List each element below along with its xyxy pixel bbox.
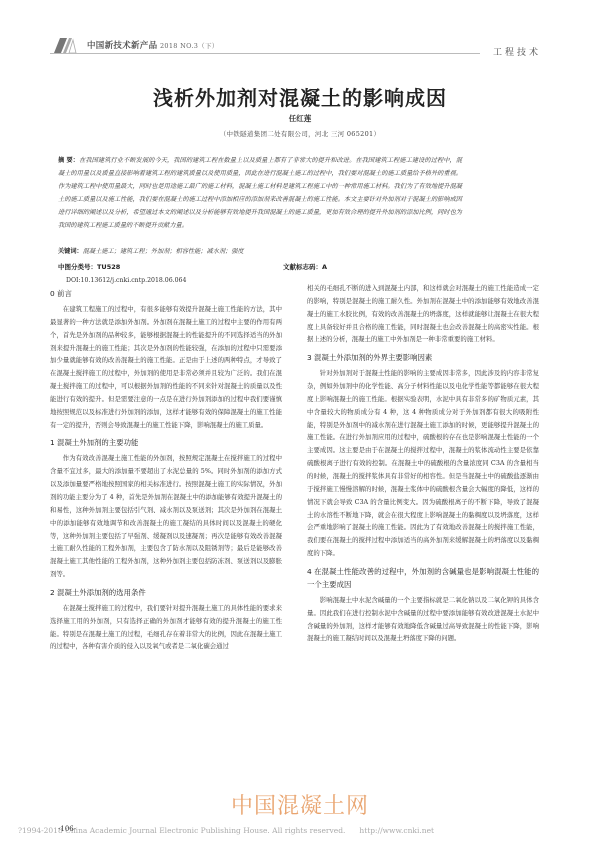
- paragraph: 影响混凝土中水泥含碱量的一个主要指标就是二氧化钠以及二氧化钾的具体含量。因此我们…: [307, 594, 539, 645]
- section-heading-2: 2 混凝土外添加剂的选用条件: [50, 586, 282, 599]
- author-name: 任红莲: [0, 113, 600, 124]
- abstract-label: 摘 要：: [58, 157, 79, 164]
- keywords: 关键词：混凝土施工；建筑工程；外加剂；相容性能；减水剂；强度: [58, 246, 478, 255]
- copyright-notice: ?1994-2018 China Academic Journal Electr…: [18, 826, 434, 835]
- section-heading-4: 4 在混凝土性能改善的过程中，外加剂的含碱量也是影响混凝土性能的一个主要成因: [307, 565, 539, 591]
- section-heading-0: 0 前言: [50, 287, 282, 300]
- document-code: 文献标志码：A: [283, 262, 327, 271]
- section-label: 工程技术: [493, 45, 541, 58]
- journal-logo-icon: [50, 38, 78, 53]
- article-title: 浅析外加剂对混凝土的影响成因: [0, 82, 600, 111]
- keywords-label: 关键词：: [58, 248, 83, 255]
- abstract: 摘 要：在我国建筑行业不断发展的今天，我国的建筑工程在数量上以及质量上都有了非常…: [58, 155, 462, 232]
- paragraph-continued: 相关的毛细孔不断的进入到混凝土内部，和这样就会对混凝土的施工性能造成一定的影响，…: [307, 282, 539, 346]
- page-number: -106-: [58, 825, 76, 833]
- keywords-text: 混凝土施工；建筑工程；外加剂；相容性能；减水剂；强度: [83, 248, 244, 255]
- cnki-link[interactable]: http://www.cnki.net: [359, 826, 434, 835]
- paragraph: 在建筑工程施工的过程中，有很多能够有效提升混凝土施工性能的方法，其中最显著的一种…: [50, 303, 282, 431]
- abstract-text: 在我国建筑行业不断发展的今天，我国的建筑工程在数量上以及质量上都有了非常大的提升…: [58, 157, 462, 229]
- journal-name: 中国新技术新产品: [87, 39, 157, 51]
- running-header: 中国新技术新产品 2018 NO.3（下）: [50, 38, 480, 54]
- author-affiliation: （中铁隧道集团二处有限公司，河北 三河 065201）: [0, 129, 600, 138]
- section-heading-1: 1 混凝土外加剂的主要功能: [50, 436, 282, 449]
- issue-number: 2018 NO.3（下）: [160, 41, 219, 50]
- paragraph: 在混凝土搅拌施工的过程中，我们要针对提升混凝土施工的具体性能的要求来选择施工用的…: [50, 602, 282, 653]
- section-heading-3: 3 混凝土外添加剂的外界主要影响因素: [307, 351, 539, 364]
- site-watermark: 中国混凝土网: [0, 789, 600, 820]
- doi: DOI:10.13612/j.cnki.cntp.2018.06.064: [66, 277, 186, 284]
- paragraph: 针对外加剂对于混凝土性能的影响的主要成因非常多，因此涉及的内容非常复杂，例如外加…: [307, 367, 539, 560]
- body-column-right: 相关的毛细孔不断的进入到混凝土内部，和这样就会对混凝土的施工性能造成一定的影响，…: [307, 282, 539, 645]
- body-column-left: 0 前言 在建筑工程施工的过程中，有很多能够有效提升混凝土施工性能的方法，其中最…: [50, 287, 282, 653]
- paragraph: 作为有效改善混凝土施工性能的外加剂，按照规定混凝土在搅拌施工的过程中含量不宜过多…: [50, 452, 282, 580]
- clc-number: 中图分类号：TU528: [58, 262, 120, 271]
